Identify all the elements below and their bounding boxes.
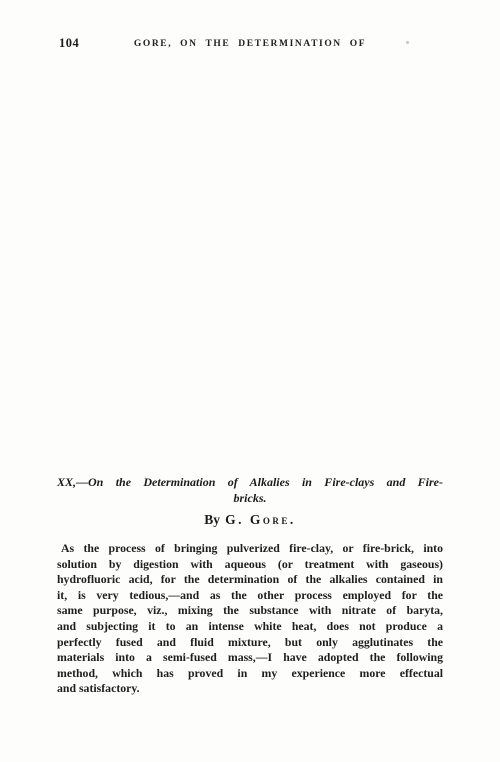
- body-line: materials into a semi-fused mass,—I have…: [57, 650, 443, 666]
- scan-artifact-speck: [406, 41, 409, 44]
- byline-author: G. Gore.: [225, 512, 296, 527]
- scanned-paper-page: 104 GORE, ON THE DETERMINATION OF XX,—On…: [0, 0, 500, 762]
- running-header-title: GORE, ON THE DETERMINATION OF: [0, 39, 500, 49]
- byline-prefix: By: [204, 512, 220, 527]
- byline: ByG. Gore.: [0, 512, 500, 528]
- body-line: As the process of bringing pulverized fi…: [57, 541, 443, 557]
- article-title-line-2: bricks.: [57, 490, 443, 506]
- body-line: method, which has proved in my experienc…: [57, 666, 443, 682]
- body-line: and subjecting it to an intense white he…: [57, 619, 443, 635]
- body-line: and satisfactory.: [57, 681, 443, 697]
- body-line: hydrofluoric acid, for the determination…: [57, 572, 443, 588]
- article-title-line-1: XX,—On the Determination of Alkalies in …: [57, 474, 443, 490]
- body-line: it, is very tedious,—and as the other pr…: [57, 588, 443, 604]
- body-line: perfectly fused and fluid mixture, but o…: [57, 635, 443, 651]
- article-title: XX,—On the Determination of Alkalies in …: [57, 474, 443, 506]
- body-line: same purpose, viz., mixing the substance…: [57, 603, 443, 619]
- article-body: As the process of bringing pulverized fi…: [57, 541, 443, 697]
- body-line: solution by digestion with aqueous (or t…: [57, 557, 443, 573]
